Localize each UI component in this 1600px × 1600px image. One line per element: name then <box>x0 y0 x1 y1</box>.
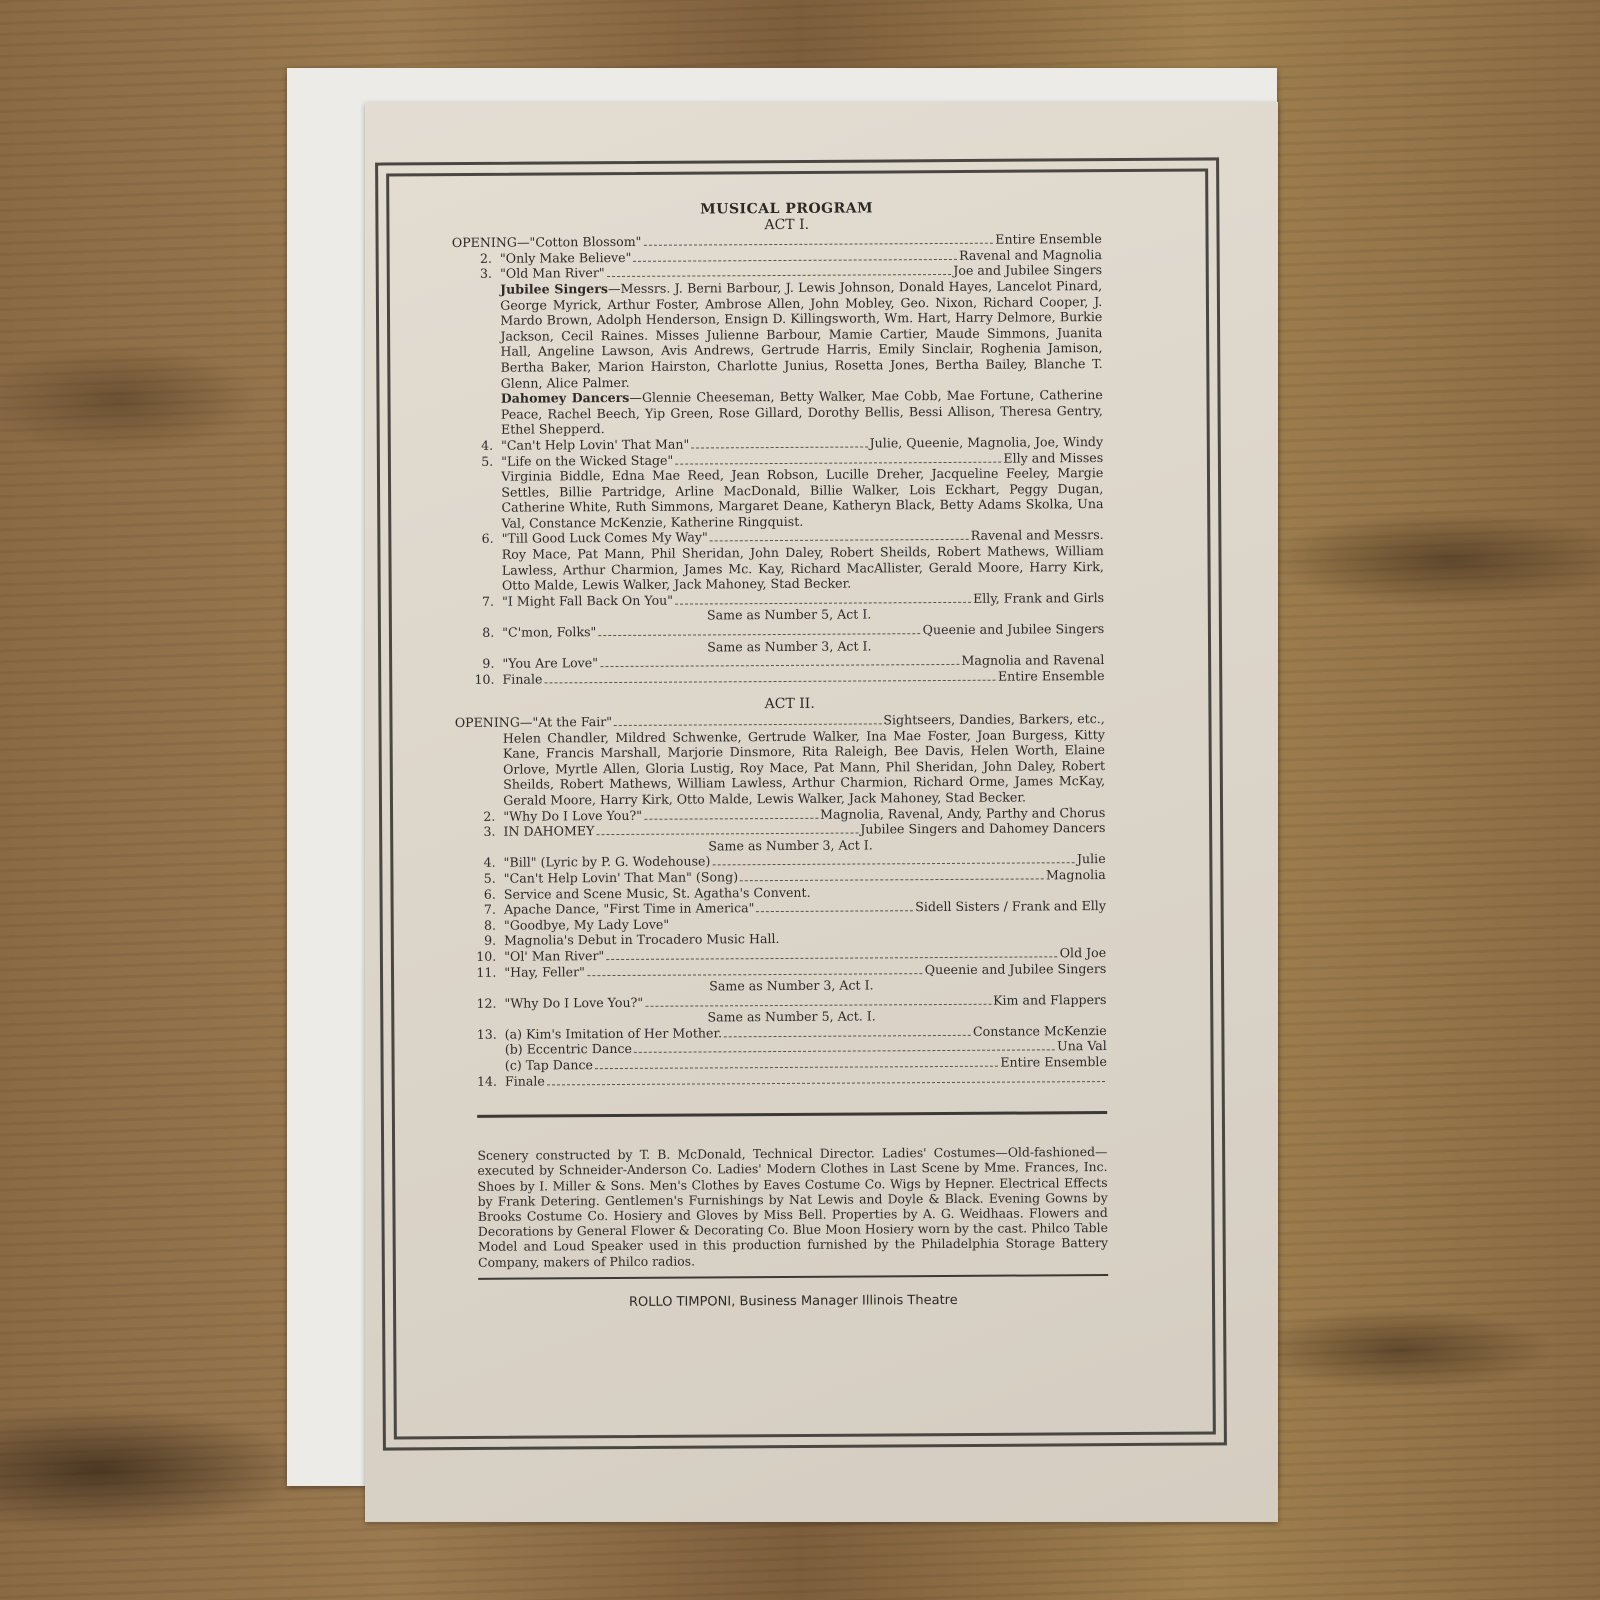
item-number: 2. <box>452 250 500 266</box>
song-title: "Can't Help Lovin' That Man" (Song) <box>504 869 738 886</box>
program-page: MUSICAL PROGRAM ACT I. OPENING—OPENING—"… <box>365 102 1278 1522</box>
song-title: "Goodbye, My Lady Love" <box>504 916 669 933</box>
act2-opening-cast: Helen Chandler, Mildred Schwenke, Gertru… <box>455 727 1105 809</box>
song-title: Finale <box>505 1073 545 1089</box>
item-number: 7. <box>456 902 504 918</box>
performers: Entire Ensemble <box>1000 1054 1107 1070</box>
performers: Entire Ensemble <box>998 668 1105 684</box>
item6-cast: Roy Mace, Pat Mann, Phil Sheridan, John … <box>454 543 1104 594</box>
performers: Entire Ensemble <box>995 231 1102 247</box>
jubilee-singers-cast: Jubilee Singers—Messrs. J. Berni Barbour… <box>452 278 1103 391</box>
song-title: Magnolia's Debut in Trocadero Music Hall… <box>504 931 779 948</box>
item-number: 6. <box>456 886 504 902</box>
song-title: OPENING—"Cotton Blossom" <box>452 234 642 251</box>
performers: Queenie and Jubilee Singers <box>925 961 1107 978</box>
performers: Magnolia <box>1046 867 1106 883</box>
item-number: 12. <box>456 995 504 1011</box>
performers: Ravenal and Messrs. <box>971 527 1104 543</box>
performers: Julie <box>1077 851 1106 867</box>
item-number: 13. <box>457 1027 505 1043</box>
performers: Old Joe <box>1060 945 1107 961</box>
item-number: 8. <box>454 625 502 641</box>
item-number: 8. <box>456 917 504 933</box>
program-content: MUSICAL PROGRAM ACT I. OPENING—OPENING—"… <box>452 200 1109 1311</box>
performers: Una Val <box>1057 1038 1107 1054</box>
performers: Constance McKenzie <box>973 1023 1107 1039</box>
song-title: "Can't Help Lovin' That Man" <box>501 436 689 453</box>
song-title: "Hay, Feller" <box>504 964 585 980</box>
item-number: 4. <box>456 855 504 871</box>
song-title: "Why Do I Love You?" <box>503 807 642 823</box>
song-title: OPENING—"At the Fair" <box>455 714 612 731</box>
performers: Joe and Jubilee Singers <box>953 262 1102 279</box>
act1-list: OPENING—OPENING—"Cotton Blossom"Entire E… <box>452 231 1105 687</box>
production-credits: Scenery constructed by T. B. McDonald, T… <box>477 1144 1108 1269</box>
item-number: 5. <box>453 453 501 469</box>
item-number: 9. <box>454 656 502 672</box>
performers: Ravenal and Magnolia <box>959 247 1102 263</box>
song-title: "Ol' Man River" <box>504 948 604 964</box>
song-title: "Till Good Luck Comes My Way" <box>502 530 708 547</box>
item-number: 3. <box>452 266 500 282</box>
performers: Queenie and Jubilee Singers <box>923 621 1105 638</box>
performers: Kim and Flappers <box>993 992 1106 1008</box>
item-number: 10. <box>456 949 504 965</box>
item-number: 2. <box>455 808 503 824</box>
song-title: "Why Do I Love You?" <box>504 995 643 1011</box>
item-number: 10. <box>454 672 502 688</box>
performers: Sidell Sisters / Frank and Elly <box>915 898 1106 915</box>
song-title: Apache Dance, "First Time in America" <box>504 900 755 917</box>
performers: Julie, Queenie, Magnolia, Joe, Windy <box>870 434 1104 451</box>
item-number: 4. <box>453 438 501 454</box>
performers: Magnolia, Ravenal, Andy, Parthy and Chor… <box>820 805 1105 822</box>
item-number: 7. <box>454 594 502 610</box>
song-title: "I Might Fall Back On You" <box>502 592 673 609</box>
item-number: 14. <box>457 1073 505 1089</box>
song-title: Finale <box>502 671 542 687</box>
song-title: "Life on the Wicked Stage" <box>501 452 673 469</box>
performers: Elly, Frank and Girls <box>973 590 1104 606</box>
act2-list: 2."Why Do I Love You?"Magnolia, Ravenal,… <box>455 805 1107 1090</box>
dahomey-dancers-cast: Dahomey Dancers—Glennie Cheeseman, Betty… <box>453 387 1103 438</box>
song-title: "C'mon, Folks" <box>502 624 596 640</box>
performers: Elly and Misses <box>1003 450 1103 466</box>
song-title: "Only Make Believe" <box>500 250 632 266</box>
item-number: 3. <box>455 824 503 840</box>
song-title: "You Are Love" <box>502 655 598 671</box>
divider <box>478 1274 1108 1280</box>
item-number: 5. <box>456 871 504 887</box>
song-title: "Old Man River" <box>500 265 605 281</box>
performers: Jubilee Singers and Dahomey Dancers <box>860 820 1105 837</box>
song-title: (a) Kim's Imitation of Her Mother. <box>505 1025 722 1042</box>
performers: Magnolia and Ravenal <box>961 652 1104 668</box>
song-title: IN DAHOMEY <box>503 823 594 839</box>
song-title: "Bill" (Lyric by P. G. Wodehouse) <box>504 854 711 871</box>
performers: Sightseers, Dandies, Barkers, etc., <box>883 711 1104 728</box>
item-number: 9. <box>456 933 504 949</box>
divider <box>477 1111 1107 1118</box>
song-title: (c) Tap Dance <box>505 1057 593 1073</box>
item-number: 11. <box>456 964 504 980</box>
song-title: Service and Scene Music, St. Agatha's Co… <box>504 884 811 901</box>
item-number: 6. <box>454 531 502 547</box>
item5-cast: Virginia Biddle, Edna Mae Reed, Jean Rob… <box>453 465 1103 531</box>
song-title: (b) Eccentric Dance <box>505 1041 632 1057</box>
